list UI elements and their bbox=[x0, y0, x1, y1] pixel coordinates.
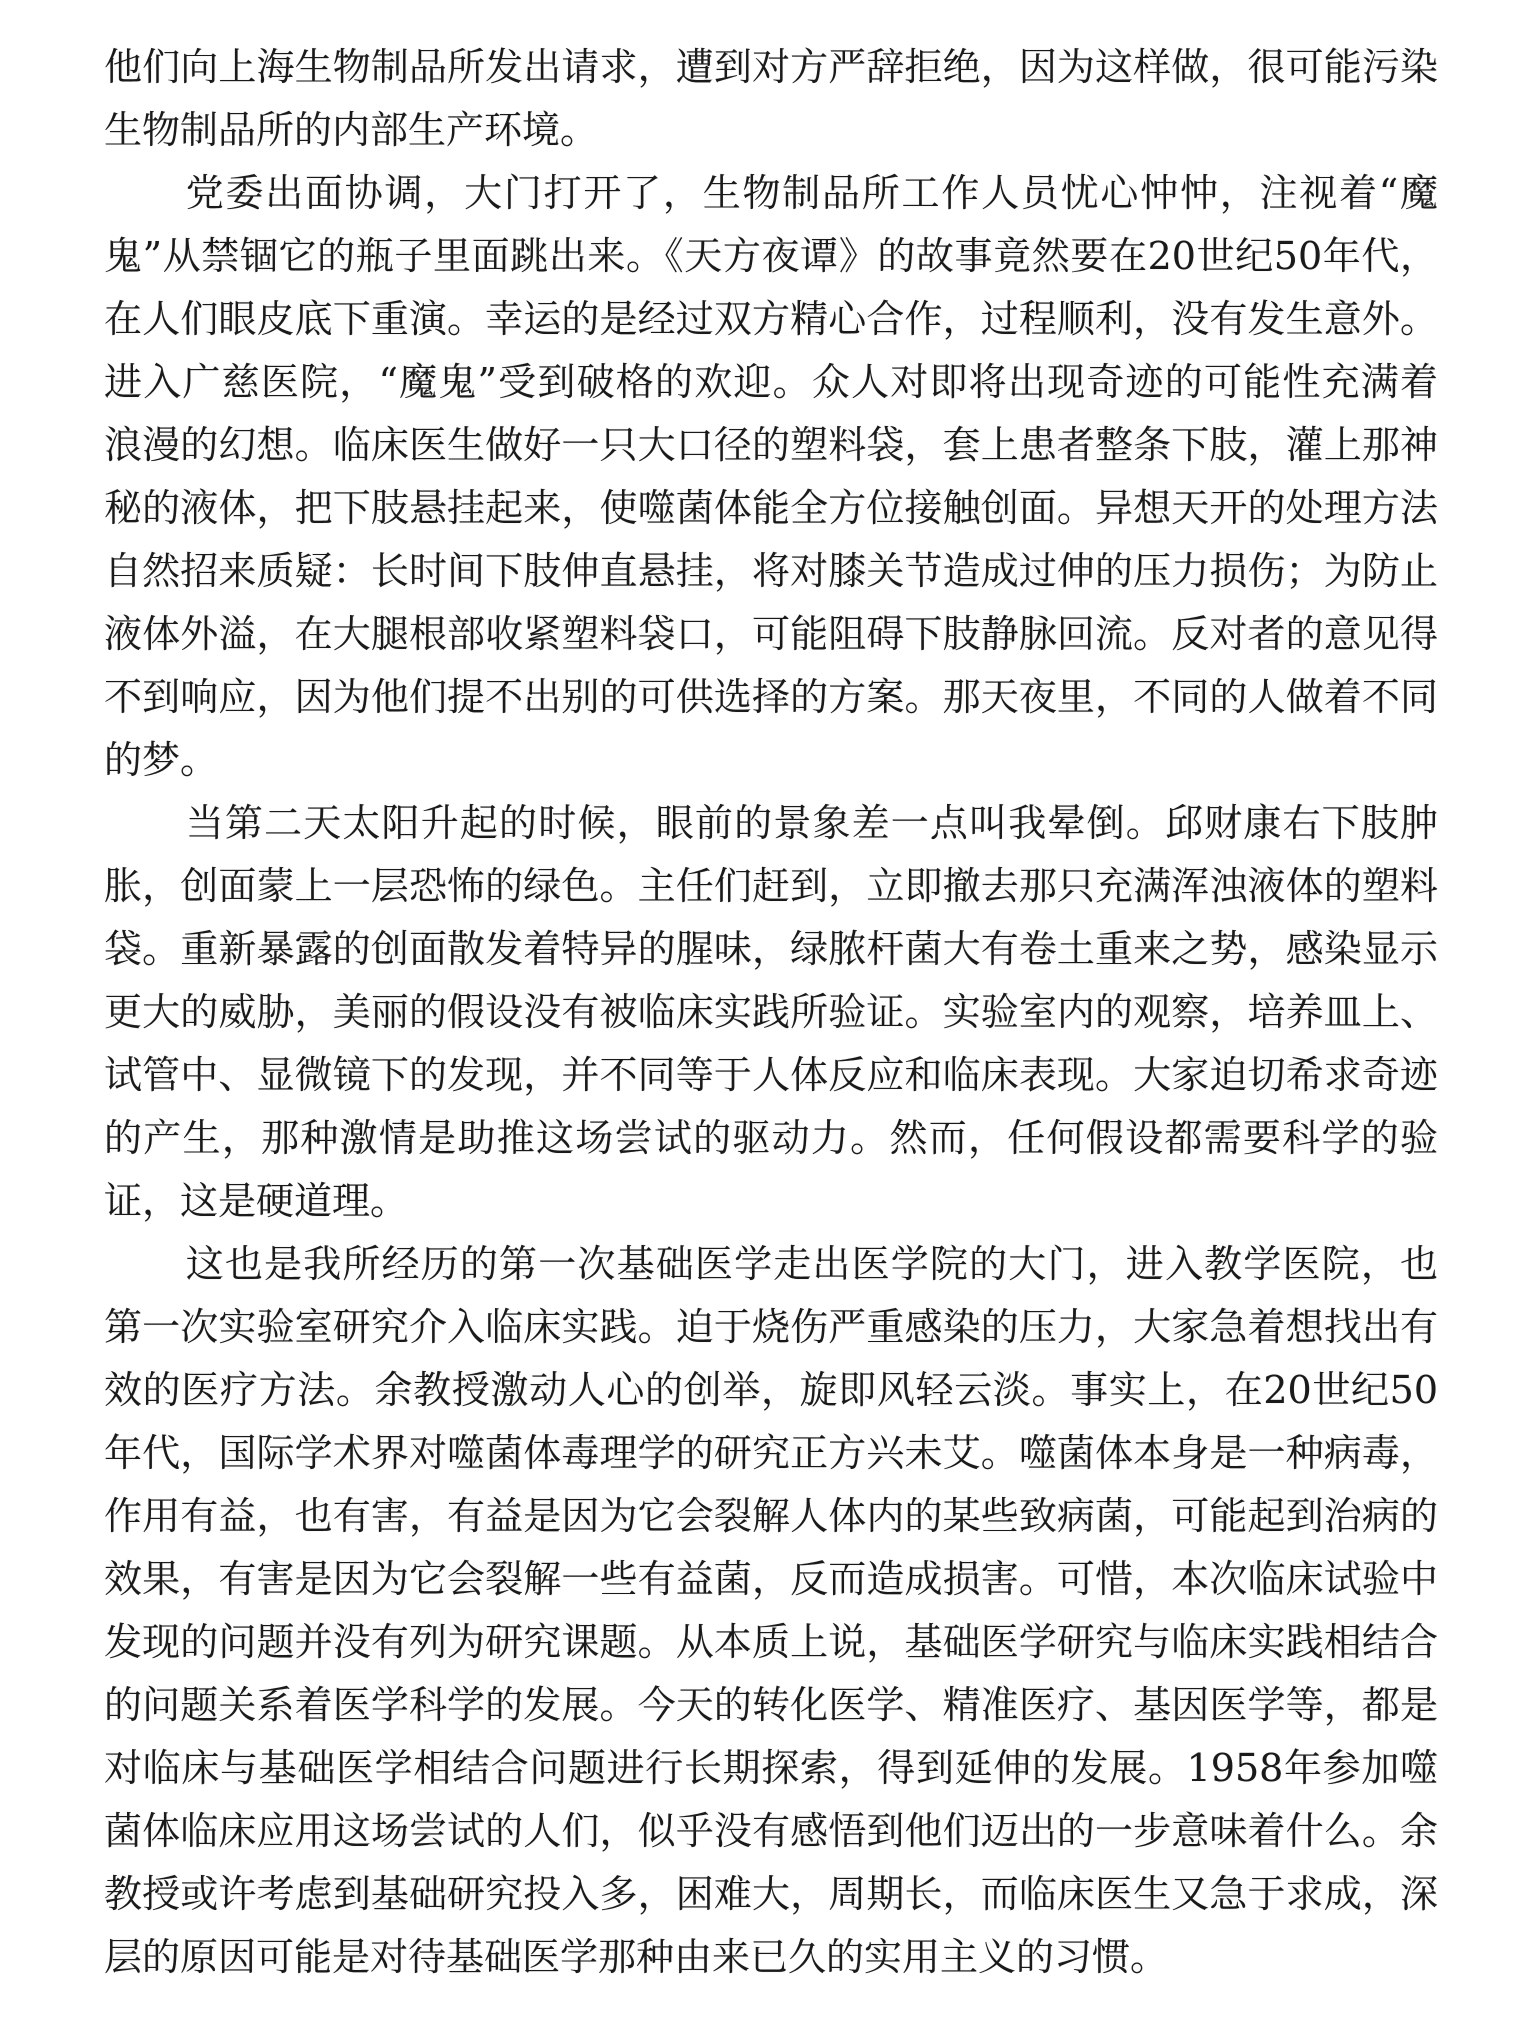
text-line: 不到响应，因为他们提不出别的可供选择的方案。那天夜里，不同的人做着不同 bbox=[104, 666, 1438, 729]
text-line: 菌体临床应用这场尝试的人们，似乎没有感悟到他们迈出的一步意味着什么。余 bbox=[104, 1800, 1438, 1863]
paragraph: 这也是我所经历的第一次基础医学走出医学院的大门，进入教学医院，也是第一次实验室研… bbox=[104, 1233, 1438, 1989]
text-line: 鬼”从禁锢它的瓶子里面跳出来。《天方夜谭》的故事竟然要在20世纪50年代， bbox=[104, 225, 1438, 288]
text-line: 第一次实验室研究介入临床实践。迫于烧伤严重感染的压力，大家急着想找出有 bbox=[104, 1296, 1438, 1359]
text-line: 试管中、显微镜下的发现，并不同等于人体反应和临床表现。大家迫切希求奇迹 bbox=[104, 1044, 1438, 1107]
text-line: 作用有益，也有害，有益是因为它会裂解人体内的某些致病菌，可能起到治病的 bbox=[104, 1485, 1438, 1548]
text-line: 秘的液体，把下肢悬挂起来，使噬菌体能全方位接触创面。异想天开的处理方法 bbox=[104, 477, 1438, 540]
text-line: 在人们眼皮底下重演。幸运的是经过双方精心合作，过程顺利，没有发生意外。 bbox=[104, 288, 1438, 351]
text-line: 教授或许考虑到基础研究投入多，困难大，周期长，而临床医生又急于求成，深 bbox=[104, 1863, 1438, 1926]
text-line: 发现的问题并没有列为研究课题。从本质上说，基础医学研究与临床实践相结合 bbox=[104, 1611, 1438, 1674]
book-page: 他们向上海生物制品所发出请求，遭到对方严辞拒绝，因为这样做，很可能污染生物制品所… bbox=[0, 0, 1536, 2044]
text-line: 的产生，那种激情是助推这场尝试的驱动力。然而，任何假设都需要科学的验 bbox=[104, 1107, 1438, 1170]
paragraph: 他们向上海生物制品所发出请求，遭到对方严辞拒绝，因为这样做，很可能污染生物制品所… bbox=[104, 36, 1438, 162]
text-line: 的梦。 bbox=[104, 729, 1438, 792]
text-line: 进入广慈医院，“魔鬼”受到破格的欢迎。众人对即将出现奇迹的可能性充满着 bbox=[104, 351, 1438, 414]
text-line: 效的医疗方法。余教授激动人心的创举，旋即风轻云淡。事实上，在20世纪50 bbox=[104, 1359, 1438, 1422]
text-line: 年代，国际学术界对噬菌体毒理学的研究正方兴未艾。噬菌体本身是一种病毒， bbox=[104, 1422, 1438, 1485]
paragraph: 党委出面协调，大门打开了，生物制品所工作人员忧心忡忡，注视着“魔鬼”从禁锢它的瓶… bbox=[104, 162, 1438, 792]
document-body: 他们向上海生物制品所发出请求，遭到对方严辞拒绝，因为这样做，很可能污染生物制品所… bbox=[104, 36, 1438, 1989]
text-line: 自然招来质疑：长时间下肢伸直悬挂，将对膝关节造成过伸的压力损伤；为防止 bbox=[104, 540, 1438, 603]
text-line: 层的原因可能是对待基础医学那种由来已久的实用主义的习惯。 bbox=[104, 1926, 1438, 1989]
text-line: 的问题关系着医学科学的发展。今天的转化医学、精准医疗、基因医学等，都是 bbox=[104, 1674, 1438, 1737]
text-line: 证，这是硬道理。 bbox=[104, 1170, 1438, 1233]
text-line: 袋。重新暴露的创面散发着特异的腥味，绿脓杆菌大有卷土重来之势，感染显示 bbox=[104, 918, 1438, 981]
paragraph: 当第二天太阳升起的时候，眼前的景象差一点叫我晕倒。邱财康右下肢肿胀，创面蒙上一层… bbox=[104, 792, 1438, 1233]
text-line: 胀，创面蒙上一层恐怖的绿色。主任们赶到，立即撤去那只充满浑浊液体的塑料 bbox=[104, 855, 1438, 918]
text-line: 党委出面协调，大门打开了，生物制品所工作人员忧心忡忡，注视着“魔 bbox=[104, 162, 1438, 225]
text-line: 对临床与基础医学相结合问题进行长期探索，得到延伸的发展。1958年参加噬 bbox=[104, 1737, 1438, 1800]
text-line: 更大的威胁，美丽的假设没有被临床实践所验证。实验室内的观察，培养皿上、 bbox=[104, 981, 1438, 1044]
text-line: 他们向上海生物制品所发出请求，遭到对方严辞拒绝，因为这样做，很可能污染 bbox=[104, 36, 1438, 99]
text-line: 浪漫的幻想。临床医生做好一只大口径的塑料袋，套上患者整条下肢，灌上那神 bbox=[104, 414, 1438, 477]
text-line: 当第二天太阳升起的时候，眼前的景象差一点叫我晕倒。邱财康右下肢肿 bbox=[104, 792, 1438, 855]
text-line: 生物制品所的内部生产环境。 bbox=[104, 99, 1438, 162]
text-line: 效果，有害是因为它会裂解一些有益菌，反而造成损害。可惜，本次临床试验中 bbox=[104, 1548, 1438, 1611]
text-line: 液体外溢，在大腿根部收紧塑料袋口，可能阻碍下肢静脉回流。反对者的意见得 bbox=[104, 603, 1438, 666]
text-line: 这也是我所经历的第一次基础医学走出医学院的大门，进入教学医院，也是 bbox=[104, 1233, 1438, 1296]
